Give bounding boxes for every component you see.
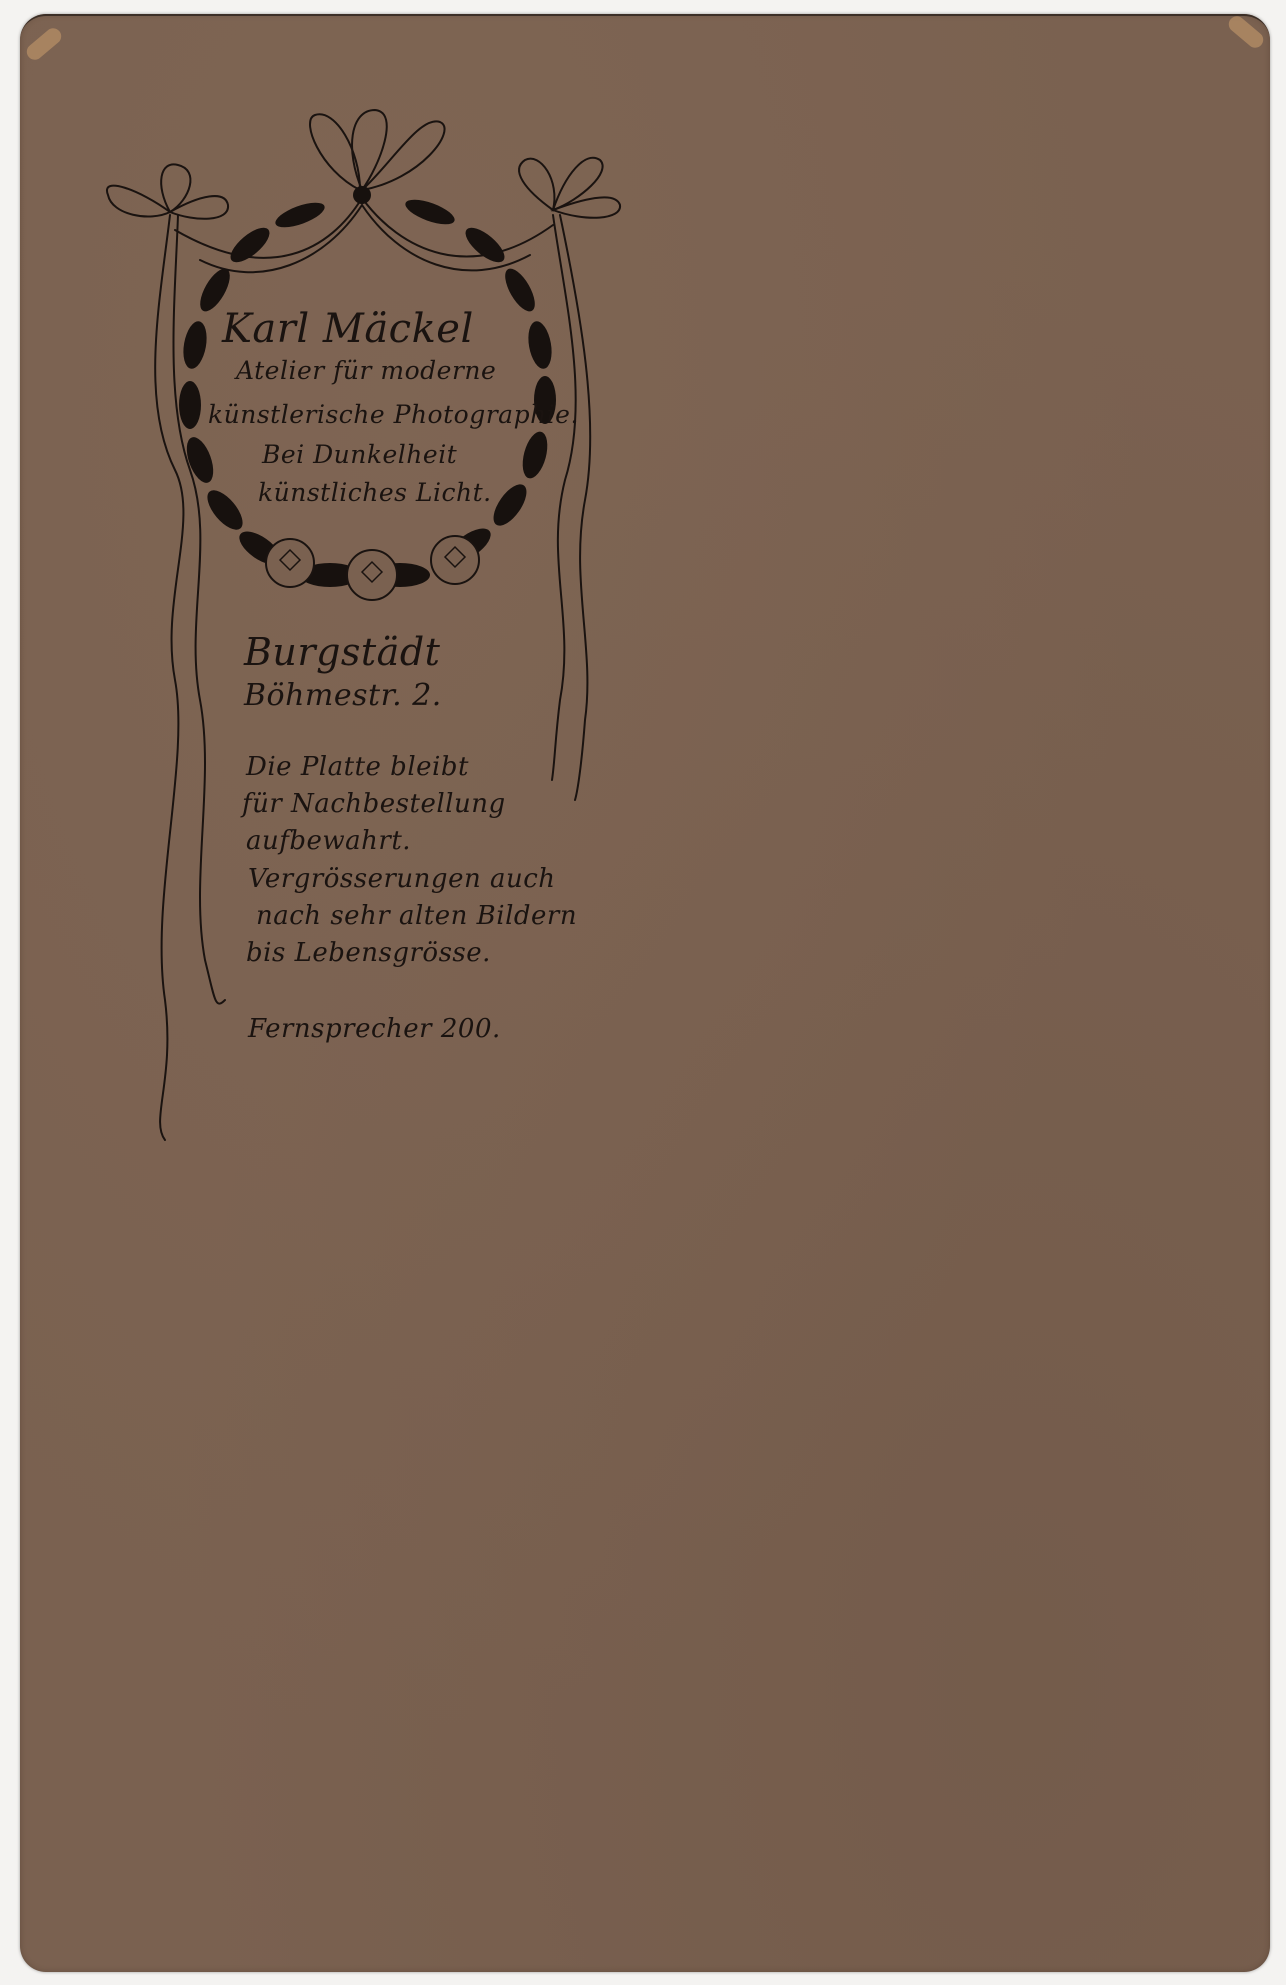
city: Burgstädt <box>244 630 440 674</box>
note-line-4: Vergrösserungen auch <box>248 864 556 894</box>
tagline-line-2: künstlerische Photographie. <box>208 400 579 429</box>
note-line-3: aufbewahrt. <box>246 826 411 856</box>
note-line-1: Die Platte bleibt <box>246 752 469 782</box>
note-line-5: nach sehr alten Bildern <box>256 901 577 931</box>
studio-name: Karl Mäckel <box>222 306 474 352</box>
phone-number: Fernsprecher 200. <box>248 1014 501 1044</box>
street-address: Böhmestr. 2. <box>244 678 442 713</box>
tagline-line-3: Bei Dunkelheit <box>262 440 457 469</box>
tagline-line-1: Atelier für moderne <box>236 356 496 385</box>
note-line-2: für Nachbestellung <box>242 789 506 819</box>
tagline-line-4: künstliches Licht. <box>258 478 492 507</box>
wreath-ornament-icon <box>0 0 1286 1985</box>
note-line-6: bis Lebensgrösse. <box>246 938 491 968</box>
